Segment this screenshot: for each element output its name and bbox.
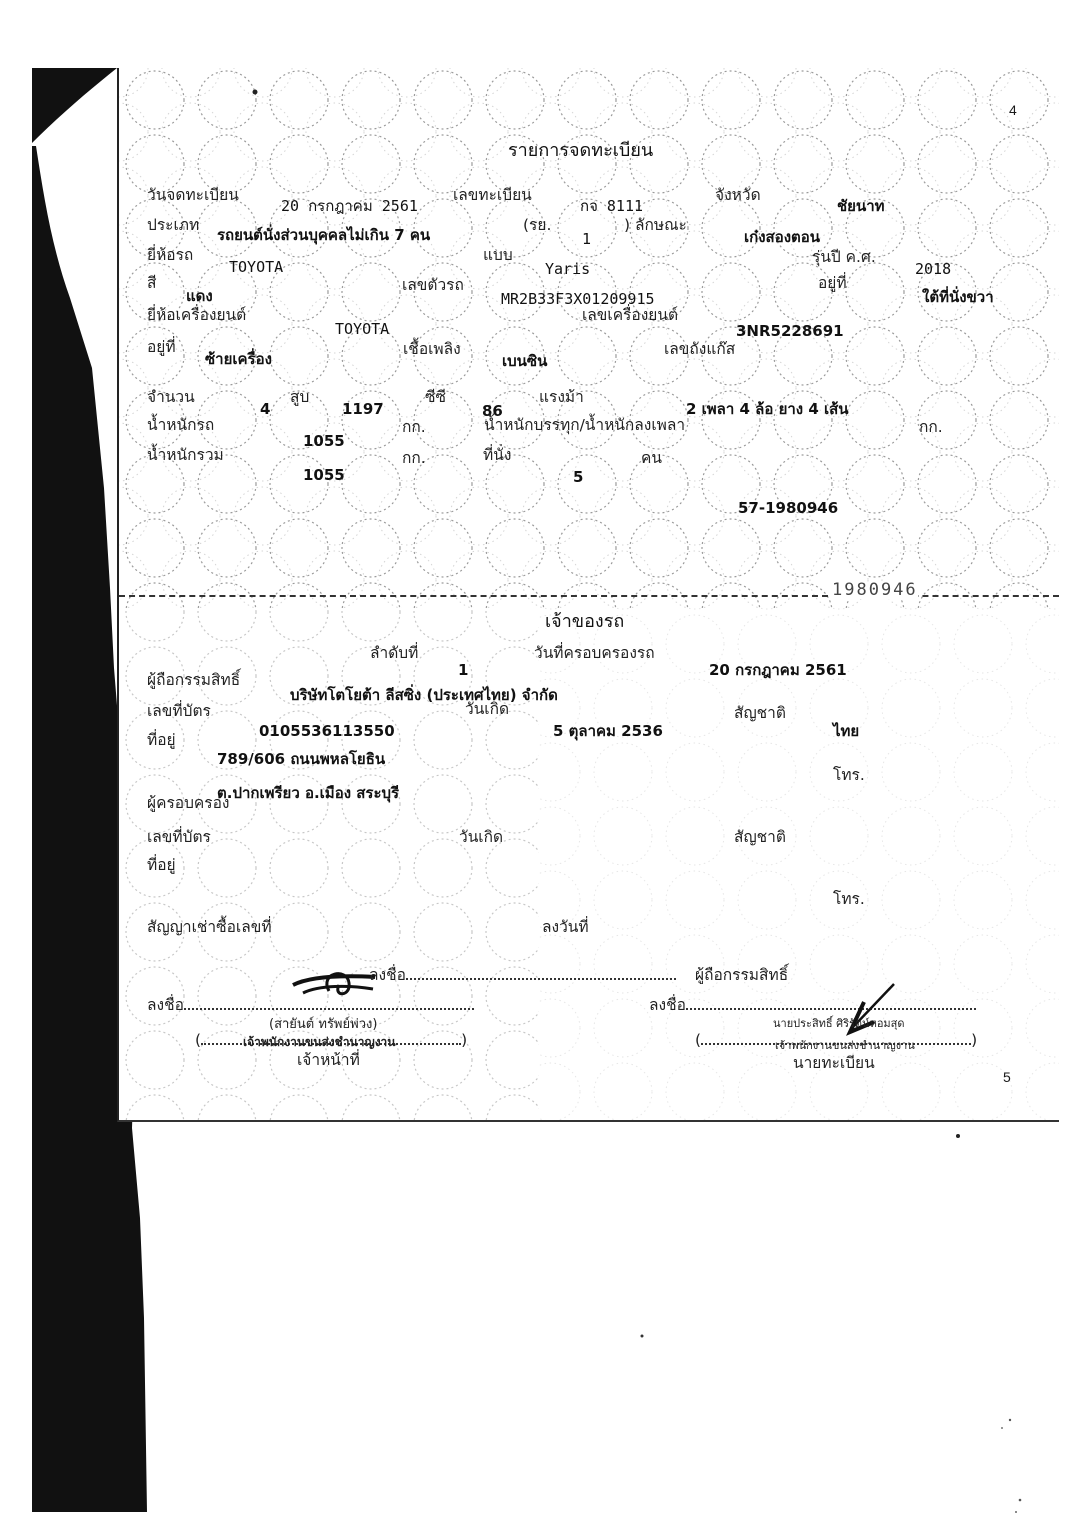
- scan-speckles: [0, 0, 1076, 1522]
